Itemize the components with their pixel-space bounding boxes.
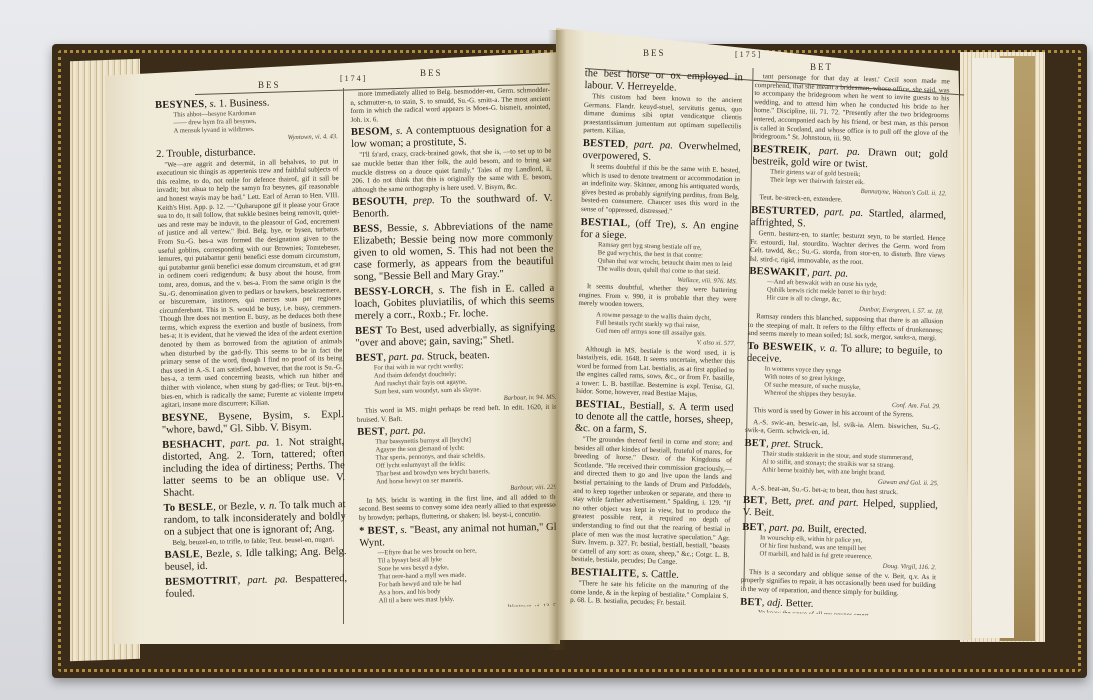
part-of-speech: pret. and part. — [795, 497, 858, 510]
definition: the best horse or ox employed in labour.… — [584, 68, 743, 94]
etymology-note: A.-S. swic-an, beswic-an, Isl. svik-ia. … — [745, 418, 940, 441]
headword: BET — [743, 495, 765, 507]
etymology-note: This word in MS. might perhaps be read b… — [357, 403, 557, 424]
headword: BESTIALITE — [571, 567, 637, 580]
headword: BESOM — [351, 127, 390, 139]
headword-variants: or Bezle — [218, 501, 254, 513]
headword: BESS — [353, 224, 380, 236]
part-of-speech: s. — [422, 223, 429, 234]
dictionary-entry: tant personage for that day at least.' C… — [753, 72, 950, 146]
part-of-speech: prep. — [413, 196, 435, 207]
citation-verse: For thai with in war rycht worthy;And th… — [356, 361, 557, 397]
dictionary-entry: BESTED, part. pa. Overwhelmed, overpower… — [581, 138, 741, 218]
left-running-head-2: BES — [420, 68, 443, 78]
entry-heading: BESSY-LORCH, s. The fish in E. called a … — [354, 283, 555, 323]
dictionary-entry: BESTREIK, part. pa. Drawn out; gold best… — [751, 144, 948, 208]
citation-verse: —Eftyre that he wes broucht on here,Til … — [360, 545, 561, 605]
headword: BESSY-LORCH — [354, 286, 431, 299]
part-of-speech: part. pa. — [824, 207, 863, 219]
headword: BET — [742, 522, 764, 534]
dictionary-entry: BESS, Bessie, s. Abbreviations of the na… — [353, 220, 554, 284]
part-of-speech: part. pa. — [230, 437, 269, 449]
etymology-note: This is a secondary and oblique sense of… — [740, 568, 936, 599]
headword: BESTURTED — [751, 205, 816, 218]
etymology-note: "We—are aggrit and determit, in all beha… — [156, 157, 343, 410]
headword: BESWAKIT — [749, 266, 807, 279]
dictionary-entry: A.-S. swic-an, beswic-an, Isl. svik-ia. … — [745, 418, 940, 441]
headword: BESYNE — [162, 412, 205, 424]
entry-heading: BESHACHT, part. pa. 1. Not straight, dis… — [162, 436, 345, 500]
etymology-note: Although in MS. bestiale is the word use… — [576, 344, 735, 400]
dictionary-entry: BESTURTED, part. pa. Startled, alarmed, … — [750, 205, 947, 269]
entry-heading: BET, Bett, pret. and part. Helped, suppl… — [743, 495, 939, 524]
part-of-speech: v. a. — [820, 343, 838, 354]
headword: BEST — [357, 426, 385, 438]
headword-variants: Bysene, Bysim — [218, 410, 290, 423]
dictionary-entry: BESTIAL, Bestiall, s. A term used to den… — [571, 399, 734, 568]
right-running-head-2: BET — [810, 62, 833, 72]
part-of-speech: adj. — [767, 597, 783, 608]
headword: To BESLE — [163, 502, 213, 514]
headword: To BESWEIK — [747, 341, 814, 354]
book-gutter — [548, 30, 566, 650]
headword: BESTED — [583, 138, 626, 150]
left-column-1: BESYNES, s. 1. Business.This ahbot—besyn… — [155, 96, 347, 600]
citation-verse: Ramsay gert byg strang bestiale off tre,… — [579, 240, 738, 276]
dictionary-entry: BESMOTTRIT, part. pa. Bespattered, foule… — [165, 573, 347, 599]
dictionary-entry: BESTIALITE, s. Cattle."There he sate his… — [570, 567, 729, 609]
left-page-number: [174] — [340, 74, 367, 83]
headword: BET — [740, 596, 762, 608]
etymology-note: It seems doubtful, whether they were bat… — [578, 282, 737, 312]
headword: * BEST — [359, 525, 395, 537]
dictionary-entry: 2. Trouble, disturbance."We—are aggrit a… — [156, 145, 343, 410]
definition: Abbreviations of the name Elizabeth; Bes… — [353, 220, 554, 283]
left-running-head-1: BES — [258, 80, 281, 90]
headword: BESTREIK — [753, 144, 809, 157]
etymology-note: This custom had been known to the ancien… — [583, 92, 742, 139]
headword: BET — [744, 438, 766, 450]
definition: Struck, beaten. — [427, 350, 490, 362]
dictionary-entry: the best horse or ox employed in labour.… — [583, 68, 743, 139]
headword-variants: Bessie — [387, 223, 415, 235]
part-of-speech: s. — [400, 524, 407, 535]
part-of-speech: part. pa. — [247, 575, 288, 587]
dictionary-entry: BET, part. pa. Built, erected.In woursch… — [740, 522, 937, 599]
dictionary-entry: BET, pret. Struck.Thair studis stakkerit… — [743, 438, 939, 498]
definition: 1. Business. — [219, 98, 270, 110]
entry-heading: BESYNE, Bysene, Bysim, s. Expl. "whore, … — [162, 409, 344, 437]
headword-variants: (off Tre) — [635, 218, 674, 230]
headword-variants: Bestiall — [629, 400, 661, 412]
dictionary-entry: BEST, part. pa.Thar bassynettis burnyst … — [357, 423, 559, 523]
part-of-speech: s. — [681, 219, 688, 230]
headword-variants: Bezle — [206, 549, 230, 560]
headword: BESTIAL — [581, 216, 628, 228]
dictionary-entry: * BEST, s. "Beast, any animal not human,… — [359, 521, 561, 610]
dictionary-entry: BESOUTH, prep. To the southward of. V. B… — [352, 193, 552, 221]
etymology-note: tant personage for that day at least.' C… — [753, 72, 950, 146]
dictionary-entry: BEST To Best, used adverbially, as signi… — [355, 322, 555, 350]
flyleaf — [972, 58, 1014, 638]
citation-verse: Thar bassynettis burnyst all [brycht]Aga… — [357, 435, 558, 487]
headword: BESTIAL — [575, 399, 622, 411]
right-page-number: [175] — [735, 50, 762, 59]
part-of-speech: s. — [303, 410, 310, 421]
entry-heading: BESS, Bessie, s. Abbreviations of the na… — [353, 220, 554, 284]
definition: 2. Trouble, disturbance. — [156, 147, 256, 160]
dictionary-entry: To BESWEIK, v. a. To allure; to beguile,… — [745, 341, 942, 421]
part-of-speech: part. pa. — [634, 139, 673, 151]
part-of-speech: part. pa. — [819, 146, 861, 158]
headword: BESMOTTRIT — [165, 576, 238, 589]
headword: BESHACHT — [162, 438, 222, 450]
definition: Cattle. — [651, 569, 679, 581]
part-of-speech: s. — [396, 126, 403, 137]
entry-heading: BASLE, Bezle, s. Idle talking; Ang. Belg… — [164, 546, 346, 574]
dictionary-entry: BESHACHT, part. pa. 1. Not straight, dis… — [162, 436, 345, 500]
entry-heading: To BESLE, or Bezle, v. n. To talk much a… — [163, 499, 346, 539]
headword: BESYNES — [155, 99, 204, 111]
headword: BEST — [355, 326, 383, 338]
definition: Built, erected. — [807, 524, 866, 537]
definition: Better. — [786, 598, 814, 610]
part-of-speech: v. n. — [259, 500, 276, 511]
citation-verse: A rowme passage to the wallis thaim dych… — [578, 311, 737, 339]
part-of-speech: part. pa. — [390, 426, 426, 438]
part-of-speech: part. pa. — [812, 268, 848, 280]
etymology-note: Germ. besturz-en, to startle; besturzt s… — [750, 229, 946, 269]
etymology-note: In MS. bricht is wanting in the first li… — [359, 492, 559, 522]
dictionary-entry: BESYNES, s. 1. Business.This ahbot—besyn… — [155, 96, 338, 145]
entry-heading: BEST To Best, used adverbially, as signi… — [355, 322, 555, 350]
part-of-speech: pret. — [771, 439, 790, 451]
part-of-speech: s. — [438, 285, 445, 296]
etymology-note: Ramsay renders this blanched, supposing … — [748, 312, 944, 343]
citation-verse: In womens voyce they syngeWith notes of … — [746, 365, 942, 402]
dictionary-entry: BESTIAL, (off Tre), s. An engine for a s… — [578, 216, 738, 312]
entry-heading: BESTIAL, Bestiall, s. A term used to den… — [575, 399, 734, 439]
dictionary-entry: BEST, part. pa. Struck, beaten.For thai … — [356, 349, 557, 424]
dictionary-entry: BESSY-LORCH, s. The fish in E. called a … — [354, 283, 555, 323]
etymology-note: "The groundes thereof fertil in corne an… — [571, 435, 733, 568]
dictionary-entry: BET, Bett, pret. and part. Helped, suppl… — [743, 495, 939, 524]
part-of-speech: s. — [236, 549, 243, 560]
right-running-head-1: BES — [643, 48, 666, 58]
etymology-note: It seems doubtful if this be the same wi… — [581, 162, 740, 218]
dictionary-entry: BESYNE, Bysene, Bysim, s. Expl. "whore, … — [162, 409, 344, 437]
part-of-speech: part. pa. — [388, 352, 424, 364]
headword-variants: Bett — [771, 496, 789, 507]
right-column-2: tant personage for that day at least.' C… — [740, 72, 950, 617]
part-of-speech: s. — [210, 99, 217, 110]
part-of-speech: s. — [669, 402, 676, 413]
part-of-speech: s. — [642, 569, 649, 580]
dictionary-entry: BESOM, s. A contemptuous designation for… — [351, 123, 552, 194]
etymology-note: "I'll fa'ard, crazy, crack-brained gowk,… — [351, 147, 552, 194]
right-column-1: the best horse or ox employed in labour.… — [570, 68, 743, 612]
dictionary-entry: BASLE, Bezle, s. Idle talking; Ang. Belg… — [164, 546, 346, 574]
etymology-note: more immediately allied to Belg. besmodd… — [350, 86, 551, 125]
entry-heading: BESMOTTRIT, part. pa. Bespattered, foule… — [165, 573, 347, 599]
part-of-speech: part. pa. — [769, 523, 805, 535]
dictionary-entry: BESWAKIT, part. pa.—And aft beswakit wit… — [748, 266, 945, 343]
dictionary-entry: more immediately allied to Belg. besmodd… — [350, 86, 551, 125]
headword: BEST — [356, 353, 384, 365]
dictionary-entry: A rowme passage to the wallis thaim dych… — [576, 311, 736, 401]
dictionary-entry: To BESLE, or Bezle, v. n. To talk much a… — [163, 499, 346, 547]
etymology-note: "There he sate his felicite on the manur… — [570, 579, 729, 609]
entry-heading: BESOUTH, prep. To the southward of. V. B… — [352, 193, 552, 221]
left-column-2: more immediately allied to Belg. besmodd… — [350, 86, 561, 610]
headword: BASLE — [164, 550, 200, 562]
headword: BESOUTH — [352, 196, 404, 208]
definition: To Best, used adverbially, as signifying… — [355, 322, 555, 349]
definition: Struck. — [793, 439, 823, 451]
